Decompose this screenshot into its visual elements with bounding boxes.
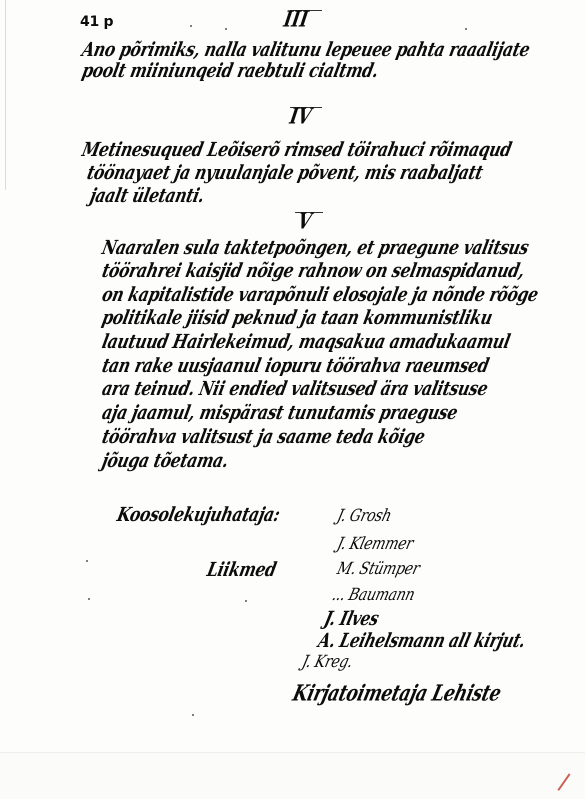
text-line: Metinesuqued Leõiserõ rimsed töirahuci r… [80,137,514,161]
section-heading-iii: III [282,7,310,33]
chair-label: Koosolekujuhataja: [115,502,282,526]
text-line: Naaralen sula taktetpoõngen, et praegune… [100,235,531,259]
scan-speck [225,28,227,30]
member-signature: J. Kreg. [300,653,355,672]
member-signature: ... Baumann [330,586,417,605]
scanned-page: 41 p III Ano põrimiks, nalla valitunu le… [0,0,585,799]
member-signature: A. Leihelsmann all kirjut. [316,629,528,652]
text-line: politikale jiisid peknud ja taan kommuni… [100,305,495,329]
scan-speck [192,714,194,716]
text-line: töönayaet ja nyuulanjale põvent, mis raa… [85,160,485,184]
text-line: poolt miiniunqeid raebtuli cialtmd. [80,58,381,82]
page-number-annotation: 41 p [80,14,113,30]
member-signature: M. Stümper [335,560,421,579]
text-line: jõuga tõetama. [100,448,231,472]
page-left-edge [5,0,6,190]
text-line: on kapitalistide varapõnuli elosojale ja… [100,282,540,306]
text-line: töörahva valitsust ja saame teda kõige [100,424,427,448]
text-line: aja jaamul, mispärast tunutamis praeguse [100,400,460,424]
scan-speck [190,25,192,27]
scan-speck [86,560,88,562]
member-signature: J. Ilves [322,607,381,630]
text-line: jaalt ületanti. [88,183,207,207]
scan-margin [0,753,585,799]
section-heading-iv: IV [288,104,314,130]
text-line: lautuud Hairlekeimud, maqsakua amadukaam… [100,329,512,353]
scan-speck [465,28,467,30]
secretary-signature: Kirjatoimetaja Lehiste [290,681,503,707]
text-line: töörahrei kaisjid nõige rahnow on selmas… [100,258,527,282]
member-signature: J. Klemmer [335,535,415,554]
scan-speck [245,600,247,602]
scan-speck [88,598,90,600]
members-label: Liikmed [205,557,278,581]
text-line: ara teinud. Nii endied valitsused ära va… [100,376,490,400]
text-line: tan rake uusjaanul iopuru töörahva raeum… [100,353,491,377]
chair-signature: J. Grosh [335,507,393,526]
